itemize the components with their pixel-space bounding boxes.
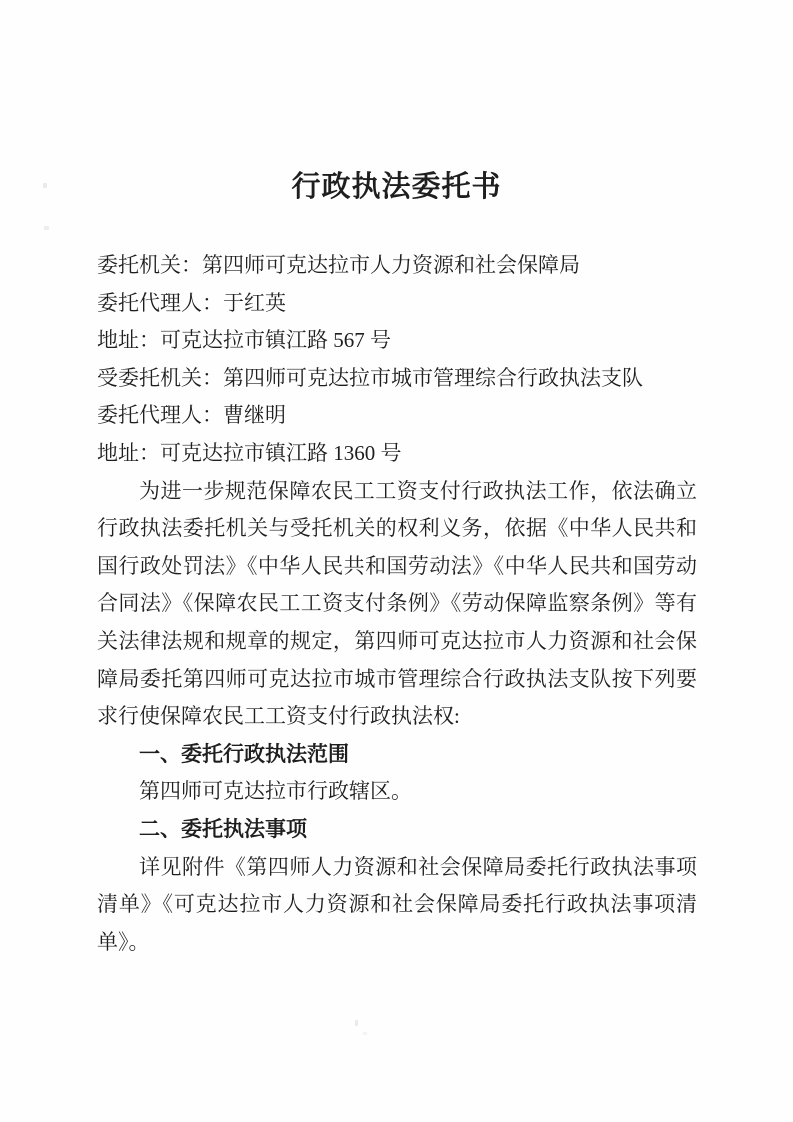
section-1-body: 第四师可克达拉市行政辖区。 bbox=[97, 773, 697, 811]
info-line-entrusted-agent: 委托代理人：曹继明 bbox=[97, 397, 697, 435]
info-line-entrusting-agent: 委托代理人：于红英 bbox=[97, 285, 697, 323]
document-page: 行政执法委托书 委托机关：第四师可克达拉市人力资源和社会保障局 委托代理人：于红… bbox=[0, 0, 793, 1122]
scan-speck bbox=[44, 226, 49, 230]
info-line-entrusting-agency: 委托机关：第四师可克达拉市人力资源和社会保障局 bbox=[97, 247, 697, 285]
info-line-entrusting-address: 地址：可克达拉市镇江路 567 号 bbox=[97, 322, 697, 360]
section-2-heading: 二、委托执法事项 bbox=[97, 811, 697, 849]
document-body: 委托机关：第四师可克达拉市人力资源和社会保障局 委托代理人：于红英 地址：可克达… bbox=[97, 247, 697, 961]
info-line-entrusted-address: 地址：可克达拉市镇江路 1360 号 bbox=[97, 435, 697, 473]
intro-paragraph: 为进一步规范保障农民工工资支付行政执法工作，依法确立行政执法委托机关与受托机关的… bbox=[97, 473, 697, 736]
document-title: 行政执法委托书 bbox=[0, 170, 793, 205]
section-2-body: 详见附件《第四师人力资源和社会保障局委托行政执法事项清单》《可克达拉市人力资源和… bbox=[97, 849, 697, 962]
section-1-heading: 一、委托行政执法范围 bbox=[97, 736, 697, 774]
scan-speck bbox=[363, 1032, 367, 1035]
scan-speck bbox=[355, 1020, 358, 1026]
info-line-entrusted-agency: 受委托机关：第四师可克达拉市城市管理综合行政执法支队 bbox=[97, 360, 697, 398]
